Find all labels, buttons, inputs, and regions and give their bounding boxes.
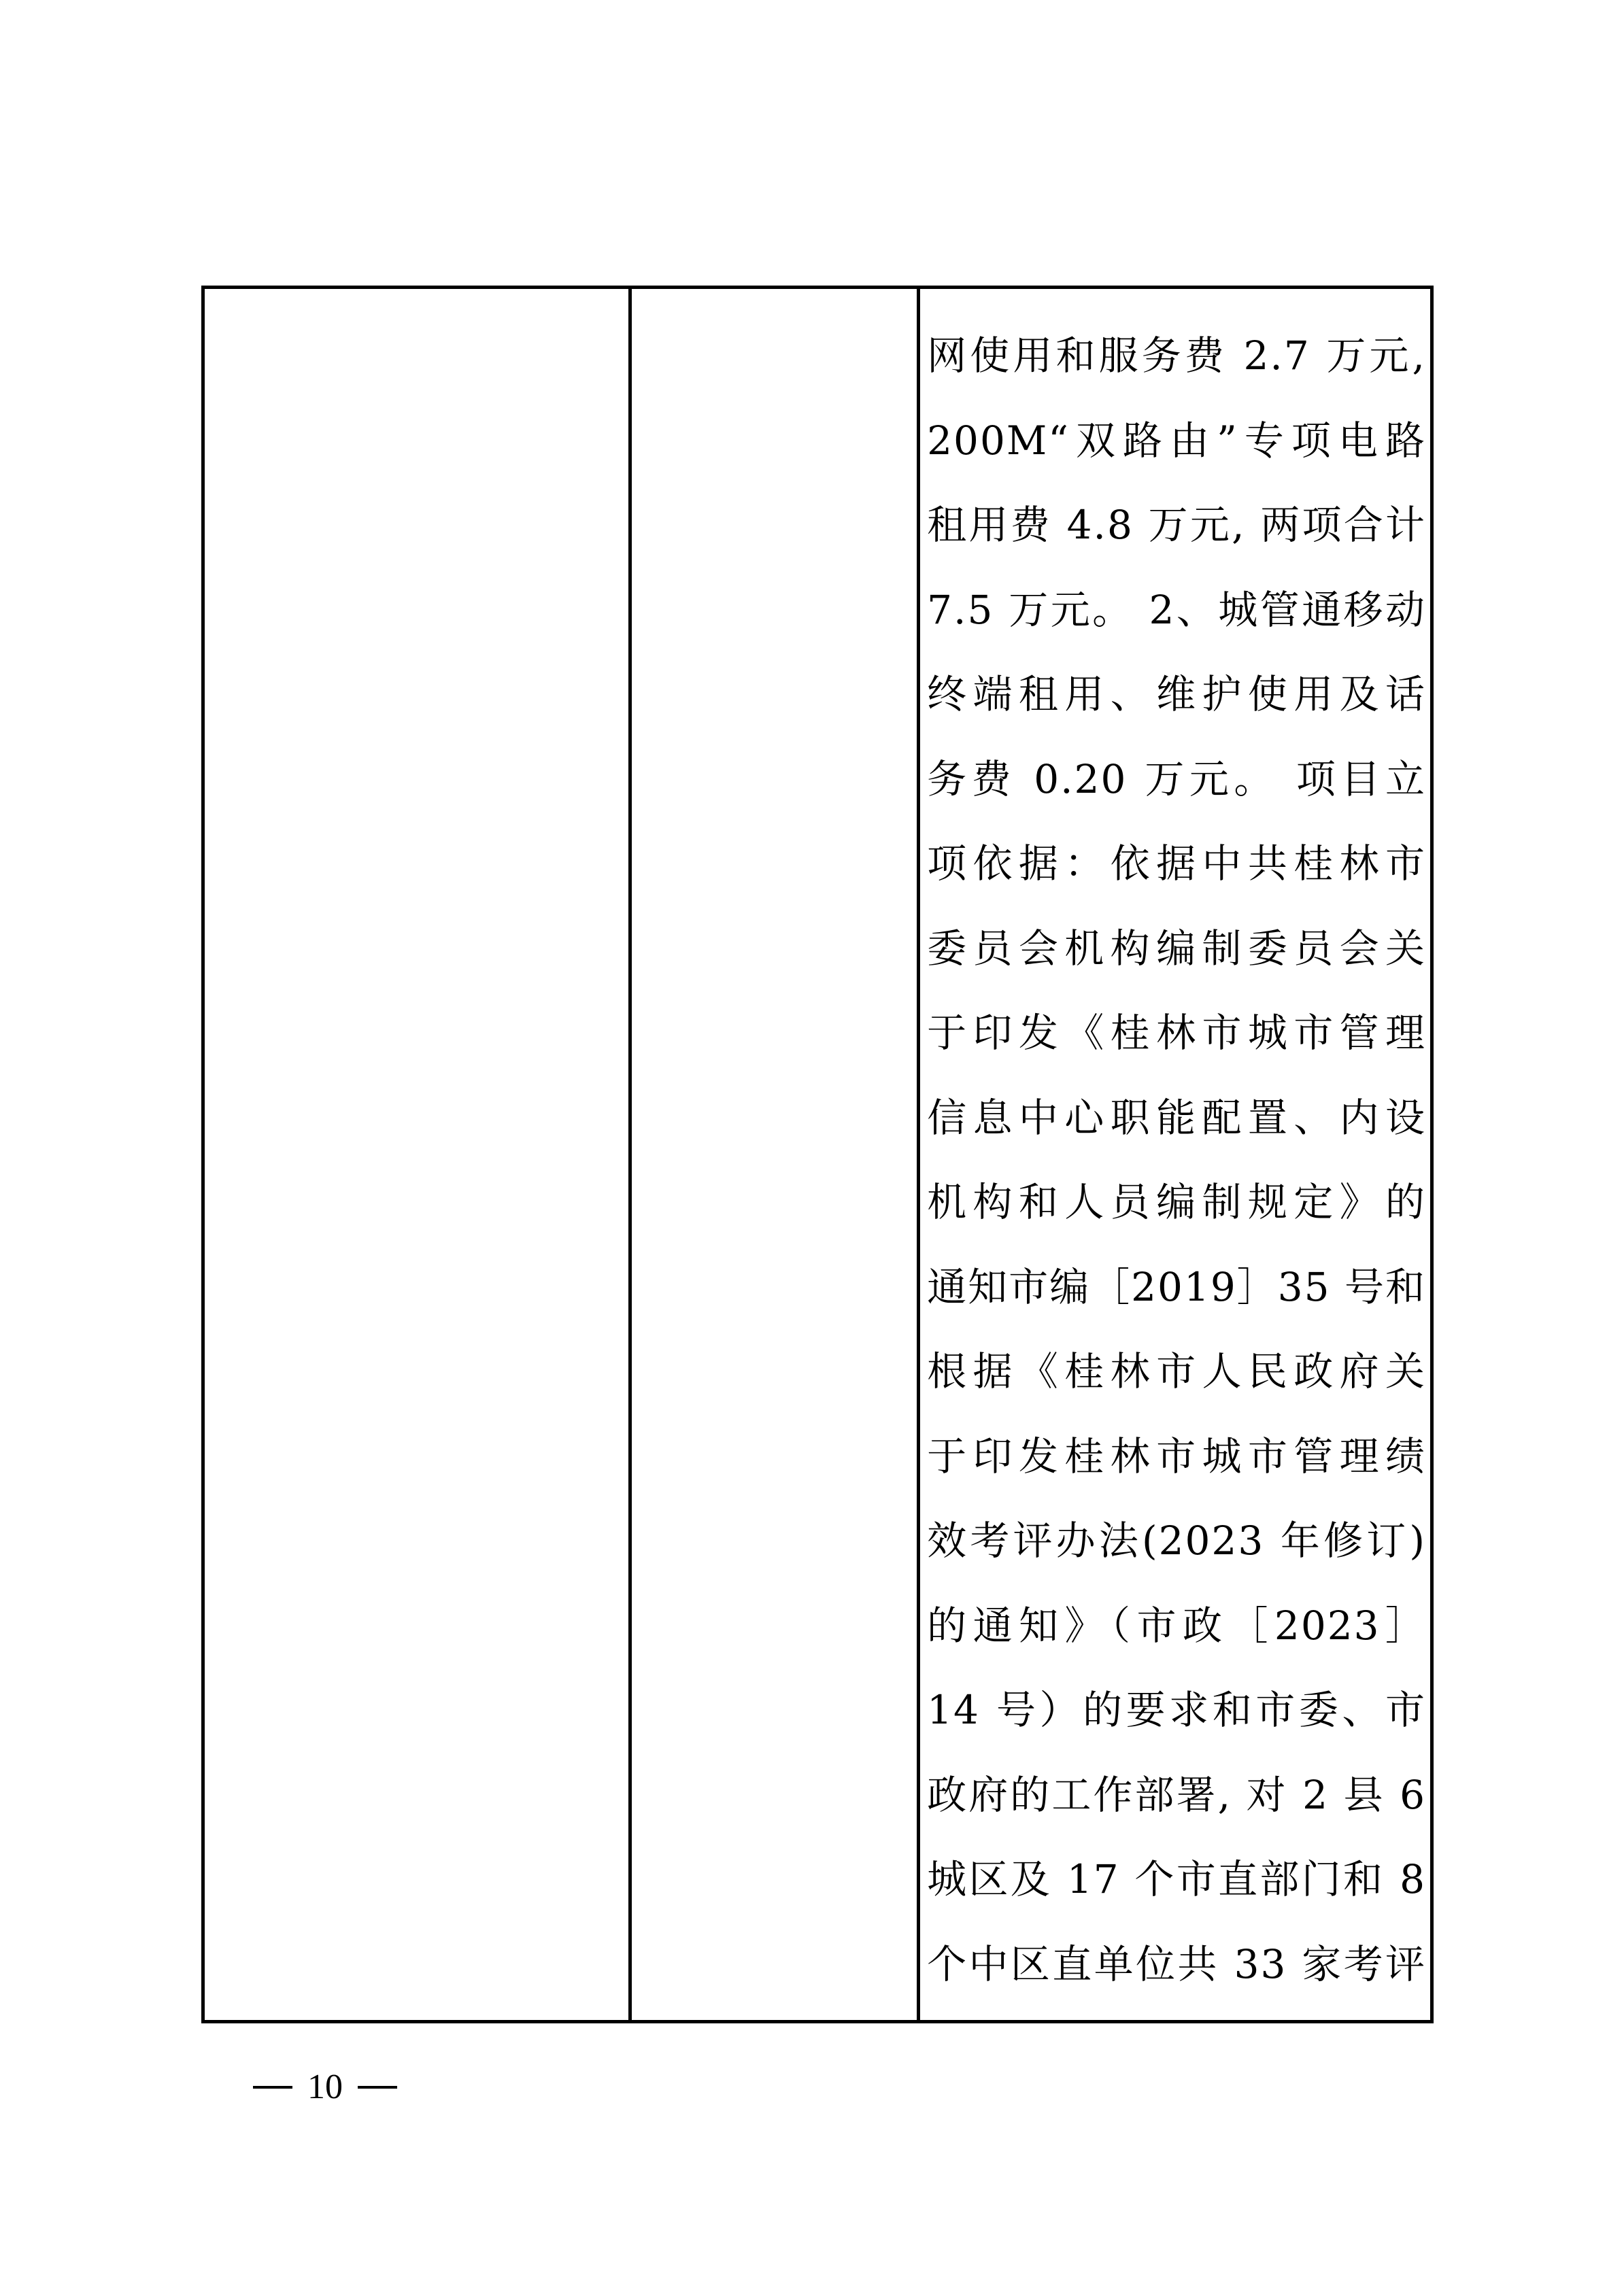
text-line: 委员会机构编制委员会关 [927, 906, 1426, 991]
page-number-value: 10 [307, 2067, 343, 2107]
project-description-text: 网使用和服务费 2.7 万元, 200M“双路由”专项电路 租用费 4.8 万元… [927, 313, 1426, 2006]
text-line: 根据《桂林市人民政府关 [927, 1329, 1426, 1414]
dash-right [358, 2086, 397, 2089]
table-cell-project-description: 网使用和服务费 2.7 万元, 200M“双路由”专项电路 租用费 4.8 万元… [920, 289, 1430, 2020]
text-line: 个中区直单位共 33 家考评 [927, 1922, 1426, 2007]
text-line: 通知市编［2019］35 号和 [927, 1245, 1426, 1330]
text-line: 14 号）的要求和市委、市 [927, 1668, 1426, 1753]
text-line: 网使用和服务费 2.7 万元, [927, 313, 1426, 398]
text-line: 终端租用、维护使用及话 [927, 652, 1426, 737]
text-line: 200M“双路由”专项电路 [927, 398, 1426, 483]
text-line: 项依据：依据中共桂林市 [927, 821, 1426, 906]
text-line: 租用费 4.8 万元, 两项合计 [927, 483, 1426, 568]
dash-left [253, 2086, 292, 2089]
text-line: 城区及 17 个市直部门和 8 [927, 1837, 1426, 1922]
text-line: 效考评办法(2023 年修订) [927, 1498, 1426, 1583]
document-page: 网使用和服务费 2.7 万元, 200M“双路由”专项电路 租用费 4.8 万元… [0, 0, 1624, 2296]
table-cell-column-1 [205, 289, 632, 2020]
text-line: 的通知》（市政［2023］ [927, 1583, 1426, 1668]
text-line: 务费 0.20 万元。 项目立 [927, 737, 1426, 822]
text-line: 政府的工作部署, 对 2 县 6 [927, 1753, 1426, 1838]
page-number: 10 [253, 2067, 397, 2107]
table-cell-column-2 [632, 289, 920, 2020]
text-line: 7.5 万元。 2、城管通移动 [927, 568, 1426, 653]
text-line: 机构和人员编制规定》的 [927, 1160, 1426, 1245]
text-line: 于印发桂林市城市管理绩 [927, 1414, 1426, 1499]
text-line: 信息中心职能配置、内设 [927, 1076, 1426, 1161]
budget-table: 网使用和服务费 2.7 万元, 200M“双路由”专项电路 租用费 4.8 万元… [201, 286, 1434, 2023]
text-line: 于印发《桂林市城市管理 [927, 991, 1426, 1076]
